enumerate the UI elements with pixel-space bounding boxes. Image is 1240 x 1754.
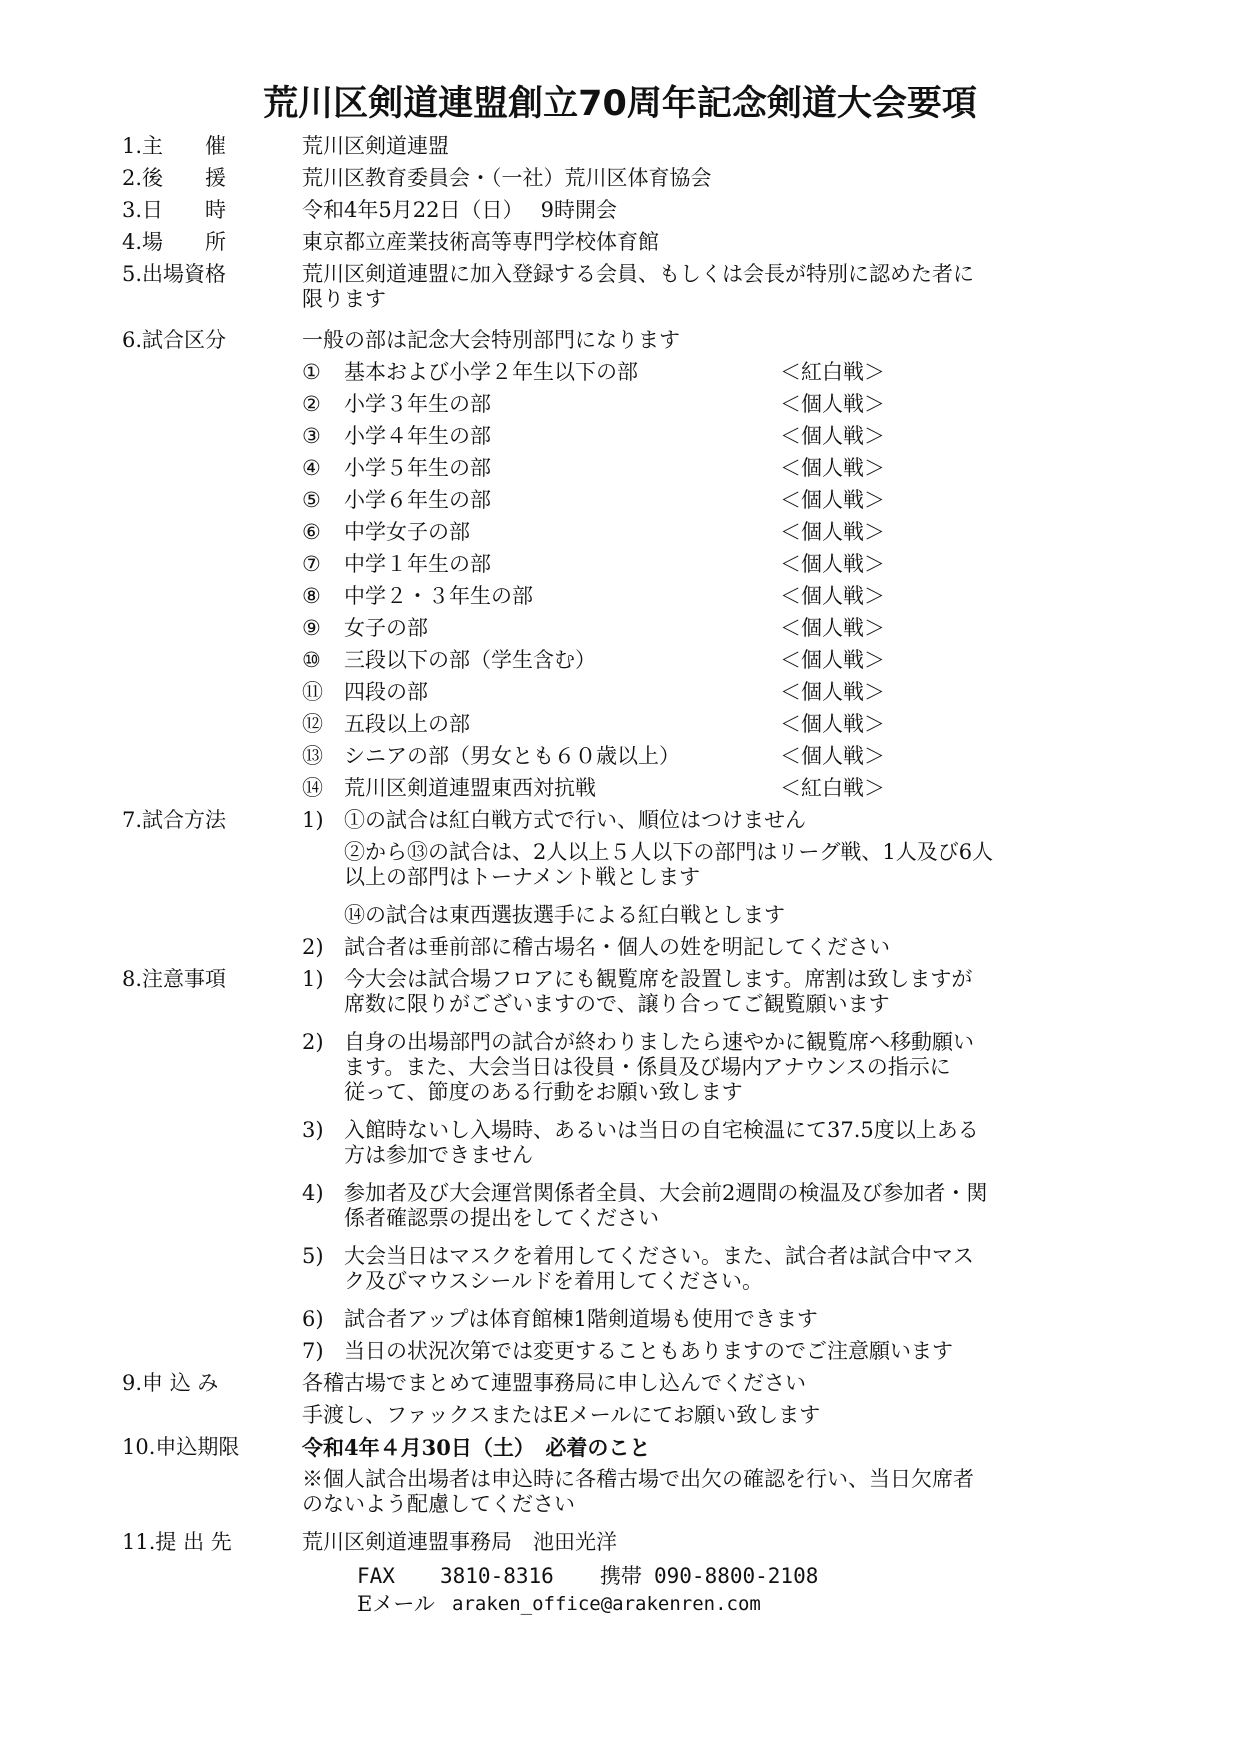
division-number: ⑤ xyxy=(302,488,342,513)
division-number: ⑫ xyxy=(302,712,342,737)
division-type: ＜個人戦＞ xyxy=(780,488,885,513)
section-value: 東京都立産業技術高等専門学校体育館 xyxy=(302,230,1102,255)
division-number: ⑩ xyxy=(302,648,342,673)
division-type: ＜個人戦＞ xyxy=(780,584,885,609)
item-marker: 5) xyxy=(302,1244,342,1269)
fax-number: 3810-8316 xyxy=(440,1564,554,1589)
division-type: ＜個人戦＞ xyxy=(780,712,885,737)
division-type: ＜個人戦＞ xyxy=(780,680,885,705)
item-text: 席数に限りがございますので、譲り合ってご観覧願います xyxy=(344,992,1094,1017)
item-text: 係者確認票の提出をしてください xyxy=(344,1206,1094,1231)
item-text: ①の試合は紅白戦方式で行い、順位はつけません xyxy=(344,808,1094,833)
item-marker: 4) xyxy=(302,1181,342,1206)
section-label: 1.主 催 xyxy=(122,134,282,159)
division-name: 荒川区剣道連盟東西対抗戦 xyxy=(344,776,596,801)
item-marker: 1) xyxy=(302,808,342,833)
section-value: 荒川区教育委員会・（一社）荒川区体育協会 xyxy=(302,166,1102,191)
division-number: ⑪ xyxy=(302,680,342,705)
division-name: 四段の部 xyxy=(344,680,428,705)
item-text: 今大会は試合場フロアにも観覧席を設置します。席割は致しますが xyxy=(344,967,1094,992)
division-type: ＜個人戦＞ xyxy=(780,744,885,769)
division-type: ＜個人戦＞ xyxy=(780,520,885,545)
email-label: Eメール xyxy=(357,1592,435,1617)
item-marker: 2) xyxy=(302,1030,342,1055)
division-name: 小学４年生の部 xyxy=(344,424,491,449)
division-type: ＜個人戦＞ xyxy=(780,552,885,577)
fax-label: FAX xyxy=(357,1564,395,1589)
division-number: ⑥ xyxy=(302,520,342,545)
division-type: ＜紅白戦＞ xyxy=(780,360,885,385)
section-label: 9.申 込 み xyxy=(122,1371,282,1396)
division-name: 基本および小学２年生以下の部 xyxy=(344,360,638,385)
division-type: ＜個人戦＞ xyxy=(780,392,885,417)
division-type: ＜個人戦＞ xyxy=(780,424,885,449)
division-number: ⑬ xyxy=(302,744,342,769)
item-text: 試合者は垂前部に稽古場名・個人の姓を明記してください xyxy=(344,935,1094,960)
deadline-note: のないよう配慮してください xyxy=(302,1492,1102,1517)
item-text: 入館時ないし入場時、あるいは当日の自宅検温にて37.5度以上ある xyxy=(344,1118,1094,1143)
section-label: 10.申込期限 xyxy=(122,1435,282,1460)
mobile-number: 090-8800-2108 xyxy=(654,1564,818,1589)
item-marker: 2) xyxy=(302,935,342,960)
division-name: シニアの部（男女とも６０歳以上） xyxy=(344,744,680,769)
division-name: 五段以上の部 xyxy=(344,712,470,737)
division-number: ⑧ xyxy=(302,584,342,609)
section-value: 荒川区剣道連盟 xyxy=(302,134,1102,159)
item-text: 方は参加できません xyxy=(344,1143,1094,1168)
division-name: 小学６年生の部 xyxy=(344,488,491,513)
section-label: 2.後 援 xyxy=(122,166,282,191)
section-label: 5.出場資格 xyxy=(122,262,282,287)
deadline-value: 令和4年４月30日（土） 必着のこと xyxy=(302,1435,1102,1460)
section-value: 令和4年5月22日（日） 9時開会 xyxy=(302,198,1102,223)
division-number: ⑨ xyxy=(302,616,342,641)
item-text: 当日の状況次第では変更することもありますのでご注意願います xyxy=(344,1339,1094,1364)
section-label: 7.試合方法 xyxy=(122,808,282,833)
division-number: ② xyxy=(302,392,342,417)
recipient: 荒川区剣道連盟事務局 池田光洋 xyxy=(302,1530,1102,1555)
division-name: 小学３年生の部 xyxy=(344,392,491,417)
item-text: 以上の部門はトーナメント戦とします xyxy=(344,865,1094,890)
section-label: 11.提 出 先 xyxy=(122,1530,282,1555)
division-name: 女子の部 xyxy=(344,616,428,641)
section-value-line2: 限ります xyxy=(302,287,1102,312)
division-type: ＜個人戦＞ xyxy=(780,456,885,481)
division-type: ＜個人戦＞ xyxy=(780,648,885,673)
email-address[interactable]: araken_office@arakenren.com xyxy=(452,1592,761,1617)
section-label: 6.試合区分 xyxy=(122,328,282,353)
division-number: ① xyxy=(302,360,342,385)
item-marker: 7) xyxy=(302,1339,342,1364)
mobile-label: 携帯 xyxy=(600,1564,642,1589)
division-name: 小学５年生の部 xyxy=(344,456,491,481)
item-text: 大会当日はマスクを着用してください。また、試合者は試合中マス xyxy=(344,1244,1094,1269)
section-value-line1: 荒川区剣道連盟に加入登録する会員、もしくは会長が特別に認めた者に xyxy=(302,262,1102,287)
item-text: ます。また、大会当日は役員・係員及び場内アナウンスの指示に xyxy=(344,1055,1094,1080)
section-value: 各稽古場でまとめて連盟事務局に申し込んでください xyxy=(302,1371,1102,1396)
item-text: ②から⑬の試合は、2人以上５人以下の部門はリーグ戦、1人及び6人 xyxy=(344,840,1094,865)
division-type: ＜個人戦＞ xyxy=(780,616,885,641)
division-number: ④ xyxy=(302,456,342,481)
division-name: 中学２・３年生の部 xyxy=(344,584,533,609)
division-name: 中学１年生の部 xyxy=(344,552,491,577)
document-title: 荒川区剣道連盟創立70周年記念剣道大会要項 xyxy=(0,76,1240,126)
item-text: 試合者アップは体育館棟1階剣道場も使用できます xyxy=(344,1307,1094,1332)
division-name: 三段以下の部（学生含む） xyxy=(344,648,596,673)
section-label: 4.場 所 xyxy=(122,230,282,255)
item-text: ⑭の試合は東西選抜選手による紅白戦とします xyxy=(344,903,1094,928)
division-name: 中学女子の部 xyxy=(344,520,470,545)
division-number: ⑭ xyxy=(302,776,342,801)
divisions-intro: 一般の部は記念大会特別部門になります xyxy=(302,328,1102,353)
item-marker: 6) xyxy=(302,1307,342,1332)
item-text: 自身の出場部門の試合が終わりましたら速やかに観覧席へ移動願い xyxy=(344,1030,1094,1055)
section-label: 3.日 時 xyxy=(122,198,282,223)
division-type: ＜紅白戦＞ xyxy=(780,776,885,801)
section-label: 8.注意事項 xyxy=(122,967,282,992)
section-value: 手渡し、ファックスまたはEメールにてお願い致します xyxy=(302,1403,1102,1428)
item-marker: 1) xyxy=(302,967,342,992)
item-marker: 3) xyxy=(302,1118,342,1143)
division-number: ⑦ xyxy=(302,552,342,577)
division-number: ③ xyxy=(302,424,342,449)
deadline-note: ※個人試合出場者は申込時に各稽古場で出欠の確認を行い、当日欠席者 xyxy=(302,1467,1102,1492)
item-text: 従って、節度のある行動をお願い致します xyxy=(344,1080,1094,1105)
item-text: ク及びマウスシールドを着用してください。 xyxy=(344,1269,1094,1294)
item-text: 参加者及び大会運営関係者全員、大会前2週間の検温及び参加者・関 xyxy=(344,1181,1094,1206)
